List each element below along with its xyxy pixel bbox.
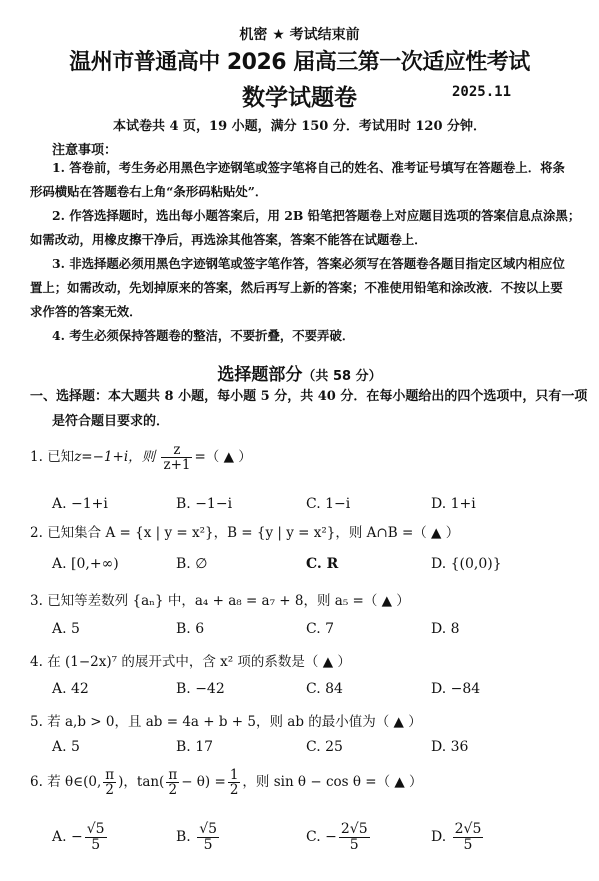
question-5: 5. 若 a,b > 0，且 ab = 4a + b + 5，则 ab 的最小值… [30, 710, 422, 730]
q6-option-d: D. 2√55 [431, 822, 485, 852]
q1-option-b: B. −1−i [176, 496, 232, 512]
q5-option-b: B. 17 [176, 739, 213, 755]
q6-option-a: A. −√55 [52, 822, 109, 852]
part-instructions-line2: 是符合题目要求的． [52, 410, 169, 429]
confidential-label: 机密 ★ 考试结束前 [0, 24, 599, 44]
question-4: 4. 在 (1−2x)⁷ 的展开式中，含 x² 项的系数是（ ▲ ） [30, 650, 351, 670]
q2-option-c: C. R [306, 556, 338, 572]
q2-option-b: B. ∅ [176, 556, 207, 572]
note-3-line3: 求作答的答案无效． [30, 300, 142, 324]
q1-option-a: A. −1+i [52, 496, 108, 512]
question-2: 2. 已知集合 A = {x | y = x²}，B = {y | y = x²… [30, 521, 459, 541]
exam-info: 本试卷共 4 页，19 小题，满分 150 分．考试用时 120 分钟． [0, 115, 599, 134]
q6-option-c: C. −2√55 [306, 822, 372, 852]
q5-option-a: A. 5 [52, 739, 80, 755]
part-instructions-line1: 一、选择题：本大题共 8 小题，每小题 5 分，共 40 分．在每小题给出的四个… [30, 385, 587, 404]
note-2-line1: 2. 作答选择题时，选出每小题答案后，用 2B 铅笔把答题卷上对应题目选项的答案… [52, 204, 580, 228]
q2-option-a: A. [0,+∞) [52, 556, 119, 572]
q4-option-b: B. −42 [176, 681, 225, 697]
q4-option-c: C. 84 [306, 681, 343, 697]
question-6: 6. 若 θ∈(0,π2)，tan(π2− θ) =12，则 sin θ − c… [30, 768, 423, 797]
note-1-line1: 1. 答卷前，考生务必用黑色字迹钢笔或签字笔将自己的姓名、准考证号填写在答题卷上… [52, 156, 565, 180]
q1-option-d: D. 1+i [431, 496, 476, 512]
question-3: 3. 已知等差数列 {aₙ} 中，a₄ + a₈ = a₇ + 8，则 a₅ =… [30, 589, 410, 609]
q1-option-c: C. 1−i [306, 496, 350, 512]
section-heading: 选择题部分（共 58 分） [0, 360, 599, 385]
q5-option-c: C. 25 [306, 739, 343, 755]
q3-option-c: C. 7 [306, 621, 334, 637]
section-title: 选择题部分 [217, 365, 302, 385]
note-1-line2: 形码横贴在答题卷右上角“条形码粘贴处”． [30, 180, 267, 204]
fraction: π2 [103, 768, 116, 797]
note-2-line2: 如需改动，用橡皮擦干净后，再选涂其他答案，答案不能答在试题卷上． [30, 228, 427, 252]
q4-option-a: A. 42 [52, 681, 89, 697]
note-4-line1: 4. 考生必须保持答题卷的整洁，不要折叠，不要弄破． [52, 324, 354, 348]
q6-option-b: B. √55 [176, 822, 221, 852]
fraction: zz+1 [161, 443, 192, 472]
note-3-line1: 3. 非选择题必须用黑色字迹钢笔或签字笔作答，答案必须写在答题卷各题目指定区域内… [52, 252, 565, 276]
q4-option-d: D. −84 [431, 681, 480, 697]
q2-option-d: D. {(0,0)} [431, 556, 502, 572]
section-score: （共 58 分） [302, 369, 381, 384]
q5-option-d: D. 36 [431, 739, 468, 755]
fraction: 12 [228, 768, 241, 797]
exam-title: 温州市普通高中 2026 届高三第一次适应性考试 [0, 45, 599, 76]
q3-option-a: A. 5 [52, 621, 80, 637]
note-3-line2: 置上；如需改动，先划掉原来的答案，然后再写上新的答案；不准使用铅笔和涂改液．不按… [30, 276, 563, 300]
exam-date: 2025.11 [452, 84, 511, 100]
q3-option-d: D. 8 [431, 621, 460, 637]
question-1: 1. 已知z=−1+i，则 zz+1=（ ▲ ） [30, 443, 252, 472]
q3-option-b: B. 6 [176, 621, 204, 637]
fraction: π2 [166, 768, 179, 797]
